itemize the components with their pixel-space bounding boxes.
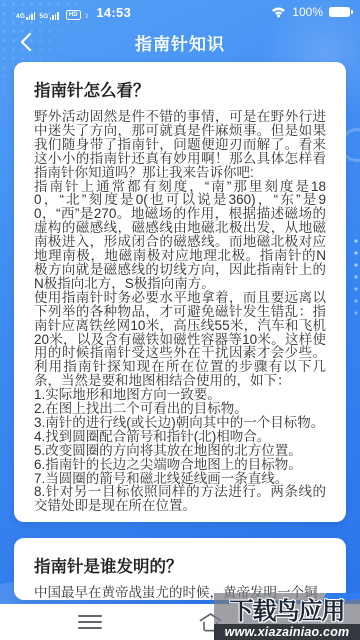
list-item: 5.改变圆圈的方向将其放在地图的北方位置。 (34, 444, 326, 458)
app-screen: 4G 5G HD 2 14:53 100% (0, 0, 360, 640)
hd-volte-icon: HD (66, 10, 81, 20)
list-item: 1.实际地形和地图方向一致要。 (34, 388, 326, 402)
status-bar: 4G 5G HD 2 14:53 100% (0, 0, 360, 24)
list-item: 3.南针的进行线(或长边)朝向其中的一个目标物。 (34, 416, 326, 430)
signal-4g-icon: 4G (16, 12, 35, 20)
hd-sup-label: 2 (86, 15, 89, 20)
paragraph: 野外活动固然是件不错的事情，可是在野外行进中迷失了方向，那可就真是件麻烦事。但是… (34, 110, 326, 180)
network-5g-label: 5G (39, 14, 48, 20)
back-button[interactable] (12, 28, 40, 56)
watermark-title: 下载鸟应用 (230, 593, 345, 624)
list-item: 2.在图上找出二个可看出的目标物。 (34, 402, 326, 416)
signal-5g-icon: 5G (39, 12, 58, 20)
recents-button[interactable] (30, 615, 150, 629)
signal-bars-4g (26, 12, 35, 20)
page-title: 指南针知识 (135, 30, 225, 55)
content-area[interactable]: 指南针怎么看？ 野外活动固然是件不错的事情，可是在野外行进中迷失了方向，那可就真… (0, 62, 360, 600)
title-bar: 指南针知识 (0, 24, 360, 60)
article-card-how-to-read: 指南针怎么看？ 野外活动固然是件不错的事情，可是在野外行进中迷失了方向，那可就真… (14, 62, 346, 522)
battery-percentage: 100% (292, 5, 323, 19)
watermark-url: www.xiazainiao.com (214, 624, 360, 640)
list-item: 4.找到圆圈配合箭号和指针(北)相吻合。 (34, 430, 326, 444)
list-item: 8.针对另一目标依照同样的方法进行。两条线的交错处即是现在所在位置。 (34, 485, 326, 513)
status-left-cluster: 4G 5G HD 2 14:53 (16, 5, 131, 20)
chevron-left-icon (20, 32, 32, 52)
article-card-who-invented: 指南针是谁发明的？ 中国最早在黄帝战蚩尤的时候，黄帝发明一个铜 (14, 538, 346, 600)
card-title: 指南针是谁发明的？ (34, 553, 326, 577)
paragraph: 使用指南针时务必要水平地拿着，而且要远离以下列举的各种物品，才可避免磁针发生错乱… (34, 291, 326, 388)
list-item: 6.指南针的长边之尖端吻合地图上的目标物。 (34, 458, 326, 472)
hamburger-menu-icon (78, 615, 102, 629)
wifi-icon (271, 6, 286, 18)
status-time: 14:53 (96, 5, 131, 20)
watermark: 下载鸟应用 www.xiazainiao.com (214, 593, 360, 640)
watermark-banner: 下载鸟应用 (214, 593, 360, 624)
card-body: 野外活动固然是件不错的事情，可是在野外行进中迷失了方向，那可就真是件麻烦事。但是… (34, 110, 326, 513)
card-title: 指南针怎么看？ (34, 77, 326, 101)
paragraph: 指南针上通常都有刻度，“南”那里刻度是180，“北”刻度是0(也可以说是360)… (34, 180, 326, 291)
signal-bars-5g (50, 12, 59, 20)
battery-icon (329, 7, 350, 18)
network-4g-label: 4G (16, 14, 25, 20)
status-right-cluster: 100% (271, 5, 350, 19)
